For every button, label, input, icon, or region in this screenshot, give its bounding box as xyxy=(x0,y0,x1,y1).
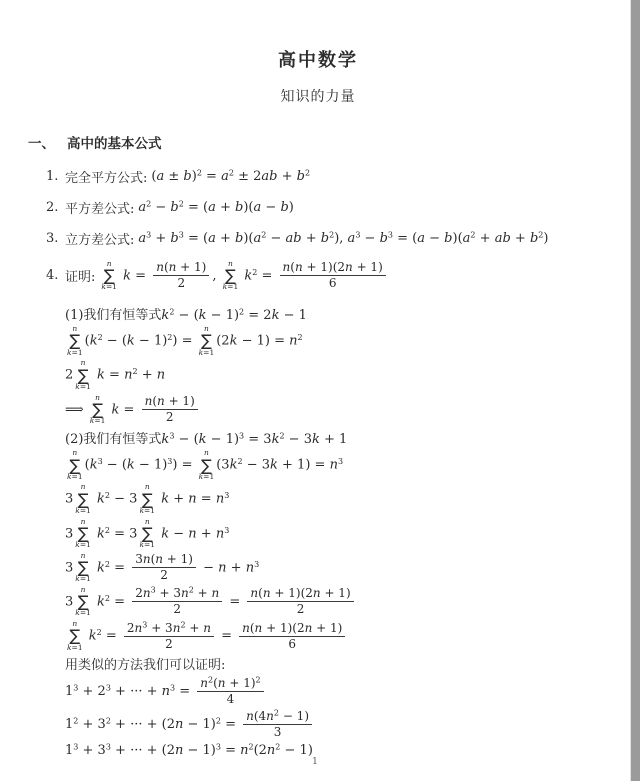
sigma-icon: ∑ xyxy=(142,526,153,541)
right-page-edge xyxy=(630,0,640,781)
formula-list: 1.完全平方公式:(a ± b)2 = a2 ± 2ab + b22.平方差公式… xyxy=(46,167,608,292)
item-number: 2. xyxy=(46,200,65,215)
fraction-denominator: 2 xyxy=(157,568,171,583)
superscript: 2 xyxy=(470,231,475,240)
fraction-denominator: 2 xyxy=(163,410,177,425)
proof-line: 3n∑k=1 k2 = 2n3 + 3n2 + n2 = n(n + 1)(2n… xyxy=(65,586,608,618)
fraction: n(n + 1)(2n + 1)2 xyxy=(247,586,353,617)
fraction-denominator: 6 xyxy=(326,276,340,291)
summation-symbol: n∑k=1 xyxy=(75,586,91,618)
superscript: 2 xyxy=(261,231,266,240)
page-subtitle: 知识的力量 xyxy=(28,86,608,106)
fraction: 2n3 + 3n2 + n2 xyxy=(124,621,214,652)
page-title: 高中数学 xyxy=(28,46,608,72)
fraction: n(n + 1)(2n + 1)6 xyxy=(239,621,345,652)
fraction: n2(n + 1)24 xyxy=(197,676,263,707)
fraction-denominator: 4 xyxy=(224,692,238,707)
superscript: 2 xyxy=(248,742,253,751)
summation-symbol: n∑k=1 xyxy=(101,260,117,292)
sum-lower-limit: k=1 xyxy=(67,644,83,652)
sum-lower-limit: k=1 xyxy=(67,473,83,481)
proof-line: 3n∑k=1 k2 = 3n(n + 1)2 − n + n3 xyxy=(65,552,608,584)
fraction: n(n + 1)2 xyxy=(142,394,198,425)
superscript: 2 xyxy=(167,333,172,342)
section-title: 高中的基本公式 xyxy=(67,136,162,152)
sum-lower-limit: k=1 xyxy=(75,609,91,617)
proof-line: (1)我们有恒等式k2 − (k − 1)2 = 2k − 1 xyxy=(65,304,608,323)
fraction-numerator: n2(n + 1)2 xyxy=(197,676,263,692)
superscript: 2 xyxy=(229,169,234,178)
proof-line: 用类似的方法我们可以证明: xyxy=(65,654,608,673)
proof-line: n∑k=1 k2 = 2n3 + 3n2 + n2 = n(n + 1)(2n … xyxy=(65,620,608,652)
sigma-icon: ∑ xyxy=(92,402,103,417)
superscript: 3 xyxy=(388,231,393,240)
superscript: 2 xyxy=(179,200,184,209)
document-page: 高中数学 知识的力量 一、高中的基本公式 1.完全平方公式:(a ± b)2 =… xyxy=(0,0,630,781)
fraction-numerator: n(n + 1)(2n + 1) xyxy=(239,621,345,637)
summation-symbol: n∑k=1 xyxy=(223,260,239,292)
formula-item: 2.平方差公式:a2 − b2 = (a + b)(a − b) xyxy=(46,198,608,217)
sum-lower-limit: k=1 xyxy=(75,575,91,583)
proof-line: 13 + 23 + ··· + n3 = n2(n + 1)24 xyxy=(65,676,608,707)
proof-block: (1)我们有恒等式k2 − (k − 1)2 = 2k − 1n∑k=1(k2 … xyxy=(65,304,608,758)
superscript: 3 xyxy=(169,431,174,440)
superscript: 2 xyxy=(216,717,221,726)
summation-symbol: n∑k=1 xyxy=(67,620,83,652)
superscript: 3 xyxy=(106,742,111,751)
sum-lower-limit: k=1 xyxy=(223,283,239,291)
proof-line: 3n∑k=1 k2 = 3n∑k=1 k − n + n3 xyxy=(65,518,608,550)
superscript: 3 xyxy=(239,431,244,440)
fraction: 2n3 + 3n2 + n2 xyxy=(132,586,222,617)
sum-lower-limit: k=1 xyxy=(139,541,155,549)
proof-line: n∑k=1(k3 − (k − 1)3) = n∑k=1(3k2 − 3k + … xyxy=(65,449,608,481)
fraction: 3n(n + 1)2 xyxy=(132,552,196,583)
superscript: 3 xyxy=(106,683,111,692)
item-formula: n∑k=1 k = n(n + 1)2, n∑k=1 k2 = n(n + 1)… xyxy=(99,260,388,292)
fraction: n(n + 1)(2n + 1)6 xyxy=(280,260,386,291)
superscript: 3 xyxy=(355,231,360,240)
item-formula: a3 + b3 = (a + b)(a2 − ab + b2), a3 − b3… xyxy=(138,231,548,246)
summation-symbol: n∑k=1 xyxy=(90,394,106,426)
fraction-numerator: n(n + 1)(2n + 1) xyxy=(280,260,386,276)
superscript: 2 xyxy=(97,628,102,637)
superscript: 2 xyxy=(105,594,110,603)
fraction-numerator: 3n(n + 1) xyxy=(132,552,196,568)
sum-lower-limit: k=1 xyxy=(67,349,83,357)
proof-line: 3n∑k=1 k2 − 3n∑k=1 k + n = n3 xyxy=(65,483,608,515)
superscript: 2 xyxy=(197,169,202,178)
summation-symbol: n∑k=1 xyxy=(75,483,91,515)
superscript: 2 xyxy=(180,620,185,629)
superscript: 2 xyxy=(73,717,78,726)
section-heading: 一、高中的基本公式 xyxy=(28,132,608,152)
fraction: n(n + 1)2 xyxy=(153,260,209,291)
summation-symbol: n∑k=1 xyxy=(139,483,155,515)
superscript: 3 xyxy=(254,560,259,569)
item-number: 1. xyxy=(46,169,65,184)
superscript: 3 xyxy=(216,742,221,751)
superscript: 2 xyxy=(274,709,279,718)
fraction-denominator: 2 xyxy=(170,602,184,617)
formula-item: 1.完全平方公式:(a ± b)2 = a2 ± 2ab + b2 xyxy=(46,167,608,186)
formula-item: 3.立方差公式:a3 + b3 = (a + b)(a2 − ab + b2),… xyxy=(46,229,608,248)
item-label: 平方差公式: xyxy=(65,198,134,217)
superscript: 2 xyxy=(132,367,137,376)
sigma-icon: ∑ xyxy=(69,458,80,473)
superscript: 2 xyxy=(98,333,103,342)
fraction-numerator: n(4n2 − 1) xyxy=(243,709,312,725)
sigma-icon: ∑ xyxy=(104,268,115,283)
sum-lower-limit: k=1 xyxy=(199,473,215,481)
sigma-icon: ∑ xyxy=(78,526,89,541)
superscript: 2 xyxy=(279,431,284,440)
summation-symbol: n∑k=1 xyxy=(75,552,91,584)
item-label: 立方差公式: xyxy=(65,229,134,248)
superscript: 3 xyxy=(224,491,229,500)
proof-line: 13 + 33 + ··· + (2n − 1)3 = n2(2n2 − 1) xyxy=(65,743,608,758)
superscript: 3 xyxy=(73,683,78,692)
item-number: 4. xyxy=(46,268,65,283)
item-label: 证明: xyxy=(65,266,95,285)
fraction-denominator: 3 xyxy=(271,725,285,740)
summation-symbol: n∑k=1 xyxy=(75,518,91,550)
summation-symbol: n∑k=1 xyxy=(199,325,215,357)
fraction-numerator: n(n + 1)(2n + 1) xyxy=(247,586,353,602)
sum-lower-limit: k=1 xyxy=(199,349,215,357)
proof-line: ⟹ n∑k=1 k = n(n + 1)2 xyxy=(65,394,608,426)
summation-symbol: n∑k=1 xyxy=(139,518,155,550)
sigma-icon: ∑ xyxy=(78,368,89,383)
summation-symbol: n∑k=1 xyxy=(67,449,83,481)
sigma-icon: ∑ xyxy=(69,628,80,643)
sum-lower-limit: k=1 xyxy=(101,283,117,291)
superscript: 3 xyxy=(224,526,229,535)
sigma-icon: ∑ xyxy=(78,594,89,609)
item-label: 完全平方公式: xyxy=(65,167,147,186)
superscript: 2 xyxy=(146,200,151,209)
sum-lower-limit: k=1 xyxy=(90,417,106,425)
superscript: 3 xyxy=(98,457,103,466)
superscript: 2 xyxy=(105,560,110,569)
sigma-icon: ∑ xyxy=(69,333,80,348)
superscript: 2 xyxy=(208,675,213,684)
superscript: 3 xyxy=(167,457,172,466)
superscript: 3 xyxy=(338,457,343,466)
summation-symbol: n∑k=1 xyxy=(75,359,91,391)
sigma-icon: ∑ xyxy=(225,268,236,283)
superscript: 3 xyxy=(73,742,78,751)
superscript: 2 xyxy=(169,307,174,316)
item-number: 3. xyxy=(46,231,65,246)
fraction-numerator: 2n3 + 3n2 + n xyxy=(124,621,214,637)
sum-lower-limit: k=1 xyxy=(75,507,91,515)
fraction-denominator: 2 xyxy=(294,602,308,617)
summation-symbol: n∑k=1 xyxy=(199,449,215,481)
superscript: 3 xyxy=(170,683,175,692)
superscript: 2 xyxy=(305,169,310,178)
sigma-icon: ∑ xyxy=(78,560,89,575)
superscript: 3 xyxy=(151,586,156,595)
superscript: 3 xyxy=(146,231,151,240)
fraction: n(4n2 − 1)3 xyxy=(243,709,312,740)
superscript: 3 xyxy=(179,231,184,240)
section-number: 一、 xyxy=(28,136,55,152)
proof-line: 12 + 32 + ··· + (2n − 1)2 = n(4n2 − 1)3 xyxy=(65,709,608,740)
sum-lower-limit: k=1 xyxy=(75,541,91,549)
superscript: 2 xyxy=(275,742,280,751)
sigma-icon: ∑ xyxy=(201,333,212,348)
superscript: 2 xyxy=(252,268,257,277)
superscript: 2 xyxy=(329,231,334,240)
sigma-icon: ∑ xyxy=(201,458,212,473)
item-formula: a2 − b2 = (a + b)(a − b) xyxy=(138,200,293,215)
superscript: 2 xyxy=(106,717,111,726)
superscript: 2 xyxy=(189,586,194,595)
superscript: 2 xyxy=(256,675,261,684)
superscript: 2 xyxy=(105,526,110,535)
fraction-denominator: 6 xyxy=(285,637,299,652)
superscript: 3 xyxy=(142,620,147,629)
superscript: 2 xyxy=(239,307,244,316)
sum-lower-limit: k=1 xyxy=(139,507,155,515)
proof-line: 2n∑k=1 k = n2 + n xyxy=(65,359,608,391)
summation-symbol: n∑k=1 xyxy=(67,325,83,357)
proof-line: (2)我们有恒等式k3 − (k − 1)3 = 3k2 − 3k + 1 xyxy=(65,428,608,447)
formula-item: 4.证明:n∑k=1 k = n(n + 1)2, n∑k=1 k2 = n(n… xyxy=(46,260,608,292)
sigma-icon: ∑ xyxy=(78,492,89,507)
sigma-icon: ∑ xyxy=(142,492,153,507)
superscript: 2 xyxy=(105,491,110,500)
fraction-denominator: 2 xyxy=(162,637,176,652)
superscript: 2 xyxy=(298,333,303,342)
fraction-numerator: n(n + 1) xyxy=(153,260,209,276)
item-formula: (a ± b)2 = a2 ± 2ab + b2 xyxy=(151,169,310,184)
fraction-numerator: n(n + 1) xyxy=(142,394,198,410)
page-number: 1 xyxy=(0,757,630,767)
proof-line: n∑k=1(k2 − (k − 1)2) = n∑k=1(2k − 1) = n… xyxy=(65,325,608,357)
superscript: 2 xyxy=(538,231,543,240)
fraction-numerator: 2n3 + 3n2 + n xyxy=(132,586,222,602)
fraction-denominator: 2 xyxy=(174,276,188,291)
sum-lower-limit: k=1 xyxy=(75,383,91,391)
superscript: 2 xyxy=(237,457,242,466)
